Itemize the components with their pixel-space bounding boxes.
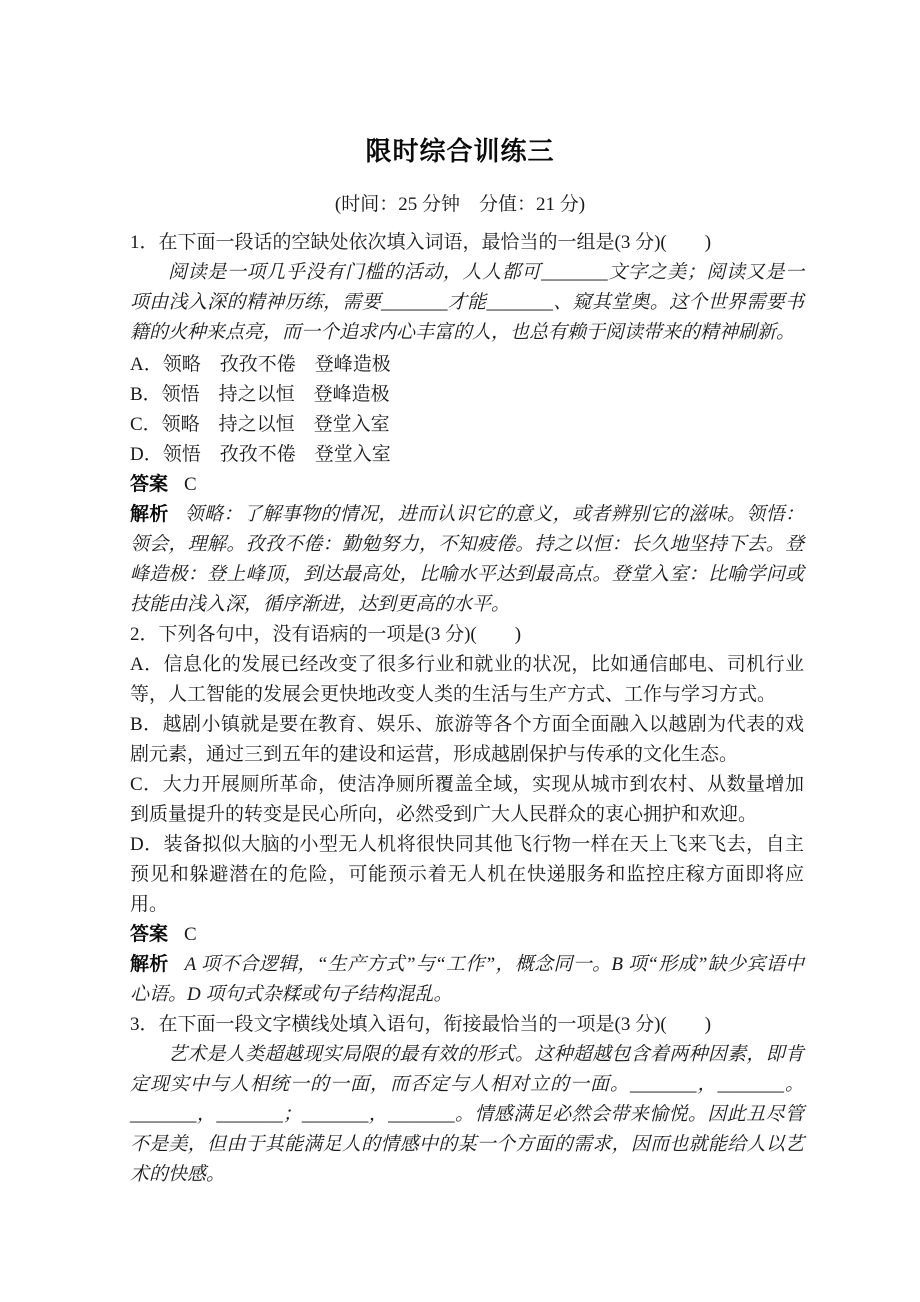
question-1-analysis-text: 领略：了解事物的情况，进而认识它的意义，或者辨别它的滋味。领悟：领会，理解。孜孜… (130, 504, 804, 615)
question-2-analysis-text: A 项不合逻辑，“生产方式”与“工作”，概念同一。B 项“形成”缺少宾语中心语。… (130, 954, 804, 1005)
answer-label: 答案 (130, 924, 168, 945)
question-2-option-c: C．大力开展厕所革命，使洁净厕所覆盖全域，实现从城市到农村、从数量增加到质量提升… (130, 770, 804, 830)
question-1-answer-row: 答案C (130, 470, 804, 500)
question-2-option-d: D．装备拟似大脑的小型无人机将很快同其他飞行物一样在天上飞来飞去，自主预见和躲避… (130, 830, 804, 920)
question-1-stem: 1．在下面一段话的空缺处依次填入词语，最恰当的一组是(3 分)( ) (130, 228, 804, 258)
question-2-answer-value: C (184, 924, 197, 945)
question-1-option-d: D．领悟 孜孜不倦 登堂入室 (130, 440, 804, 470)
question-1-option-b: B．领悟 持之以恒 登峰造极 (130, 380, 804, 410)
question-1-passage: 阅读是一项几乎没有门槛的活动，人人都可_______文字之美；阅读又是一项由浅入… (130, 258, 804, 348)
analysis-label: 解析 (130, 954, 169, 975)
analysis-label: 解析 (130, 504, 169, 525)
question-2-stem: 2．下列各句中，没有语病的一项是(3 分)( ) (130, 620, 804, 650)
question-1-analysis-row: 解析领略：了解事物的情况，进而认识它的意义，或者辨别它的滋味。领悟：领会，理解。… (130, 500, 804, 620)
question-2-answer-row: 答案C (130, 920, 804, 950)
question-3-stem: 3．在下面一段文字横线处填入语句，衔接最恰当的一项是(3 分)( ) (130, 1010, 804, 1040)
exam-body: 1．在下面一段话的空缺处依次填入词语，最恰当的一组是(3 分)( ) 阅读是一项… (0, 228, 920, 1190)
document-page: 限时综合训练三 (时间：25 分钟 分值：21 分) 1．在下面一段话的空缺处依… (0, 0, 920, 1302)
exam-time-score-line: (时间：25 分钟 分值：21 分) (0, 192, 920, 218)
question-1-options: A．领略 孜孜不倦 登峰造极 B．领悟 持之以恒 登峰造极 C．领略 持之以恒 … (130, 350, 804, 470)
answer-label: 答案 (130, 474, 168, 495)
question-1-option-c: C．领略 持之以恒 登堂入室 (130, 410, 804, 440)
question-2-option-b: B．越剧小镇就是要在教育、娱乐、旅游等各个方面全面融入以越剧为代表的戏剧元素，通… (130, 710, 804, 770)
question-2-analysis-row: 解析A 项不合逻辑，“生产方式”与“工作”，概念同一。B 项“形成”缺少宾语中心… (130, 950, 804, 1010)
question-3-passage: 艺术是人类超越现实局限的最有效的形式。这种超越包含着两种因素，即肯定现实中与人相… (130, 1040, 804, 1190)
question-2-option-a: A．信息化的发展已经改变了很多行业和就业的状况，比如通信邮电、司机行业等，人工智… (130, 650, 804, 710)
question-1-answer-value: C (184, 474, 197, 495)
page-title: 限时综合训练三 (0, 0, 920, 168)
question-1-option-a: A．领略 孜孜不倦 登峰造极 (130, 350, 804, 380)
